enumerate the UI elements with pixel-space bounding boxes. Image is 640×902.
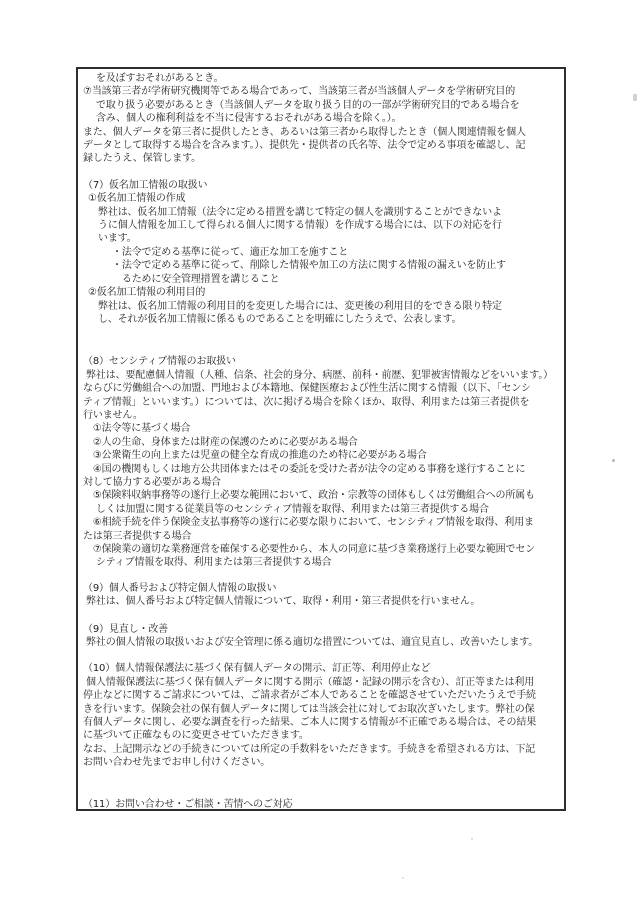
scan-artifact-dot [471, 838, 473, 840]
section-7-item-2-body: 弊社は、仮名加工情報の利用目的を変更した場合には、変更後の利用目的をできる限り特… [83, 300, 563, 327]
section-7-item-2-title: ②仮名加工情報の利用目的 [83, 286, 563, 299]
scan-artifact-dot [612, 459, 615, 462]
section-9-body: 弊社は、個人番号および特定個人情報について、取得・利用・第三者提供を行いません。 [83, 595, 563, 608]
section-9-review-heading: （9）見直し・改善 [83, 623, 563, 636]
section-8-heading: （8）センシティブ情報のお取扱い [83, 355, 563, 368]
section-8-intro: 弊社は、要配慮個人情報（人種、信条、社会的身分、病歴、前科・前歴、犯罪被害情報な… [83, 369, 563, 423]
section-7-bullet-list: ・法令で定める基準に従って、適正な加工を施すこと ・法令で定める基準に従って、削… [83, 246, 563, 286]
section-11-heading: （11）お問い合わせ・ご相談・苦情へのご対応 [83, 798, 563, 811]
carryover-paragraph: を及ぼすおそれがあるとき。 ⑦当該第三者が学術研究機関等である場合であって、当該… [83, 72, 563, 166]
section-9-review-body: 弊社の個人情報の取扱いおよび安全管理に係る適切な措置については、適宜見直し、改善… [83, 636, 563, 649]
section-7-item-1-body: 弊社は、仮名加工情報（法令に定める措置を講じて特定の個人を識別することができない… [83, 206, 563, 246]
section-10-body: 個人情報保護法に基づく保有個人データに関する開示（確認・記録の開示を含む）、訂正… [83, 676, 563, 770]
scan-artifact-dot [402, 877, 404, 879]
content-border-box: を及ぼすおそれがあるとき。 ⑦当該第三者が学術研究機関等である場合であって、当該… [76, 67, 566, 811]
section-10-heading: （10）個人情報保護法に基づく保有個人データの開示、訂正等、利用停止など [83, 662, 563, 675]
document-scan-page: を及ぼすおそれがあるとき。 ⑦当該第三者が学術研究機関等である場合であって、当該… [0, 0, 640, 902]
section-7-item-1-title: ①仮名加工情報の作成 [83, 192, 563, 205]
section-8-case-list: ①法令等に基づく場合 ②人の生命、身体または財産の保護のために必要がある場合 ③… [83, 422, 563, 569]
scan-artifact-edge-mark [633, 94, 637, 101]
section-7-heading: （7）仮名加工情報の取扱い [83, 179, 563, 192]
section-9-heading: （9）個人番号および特定個人情報の取扱い [83, 582, 563, 595]
